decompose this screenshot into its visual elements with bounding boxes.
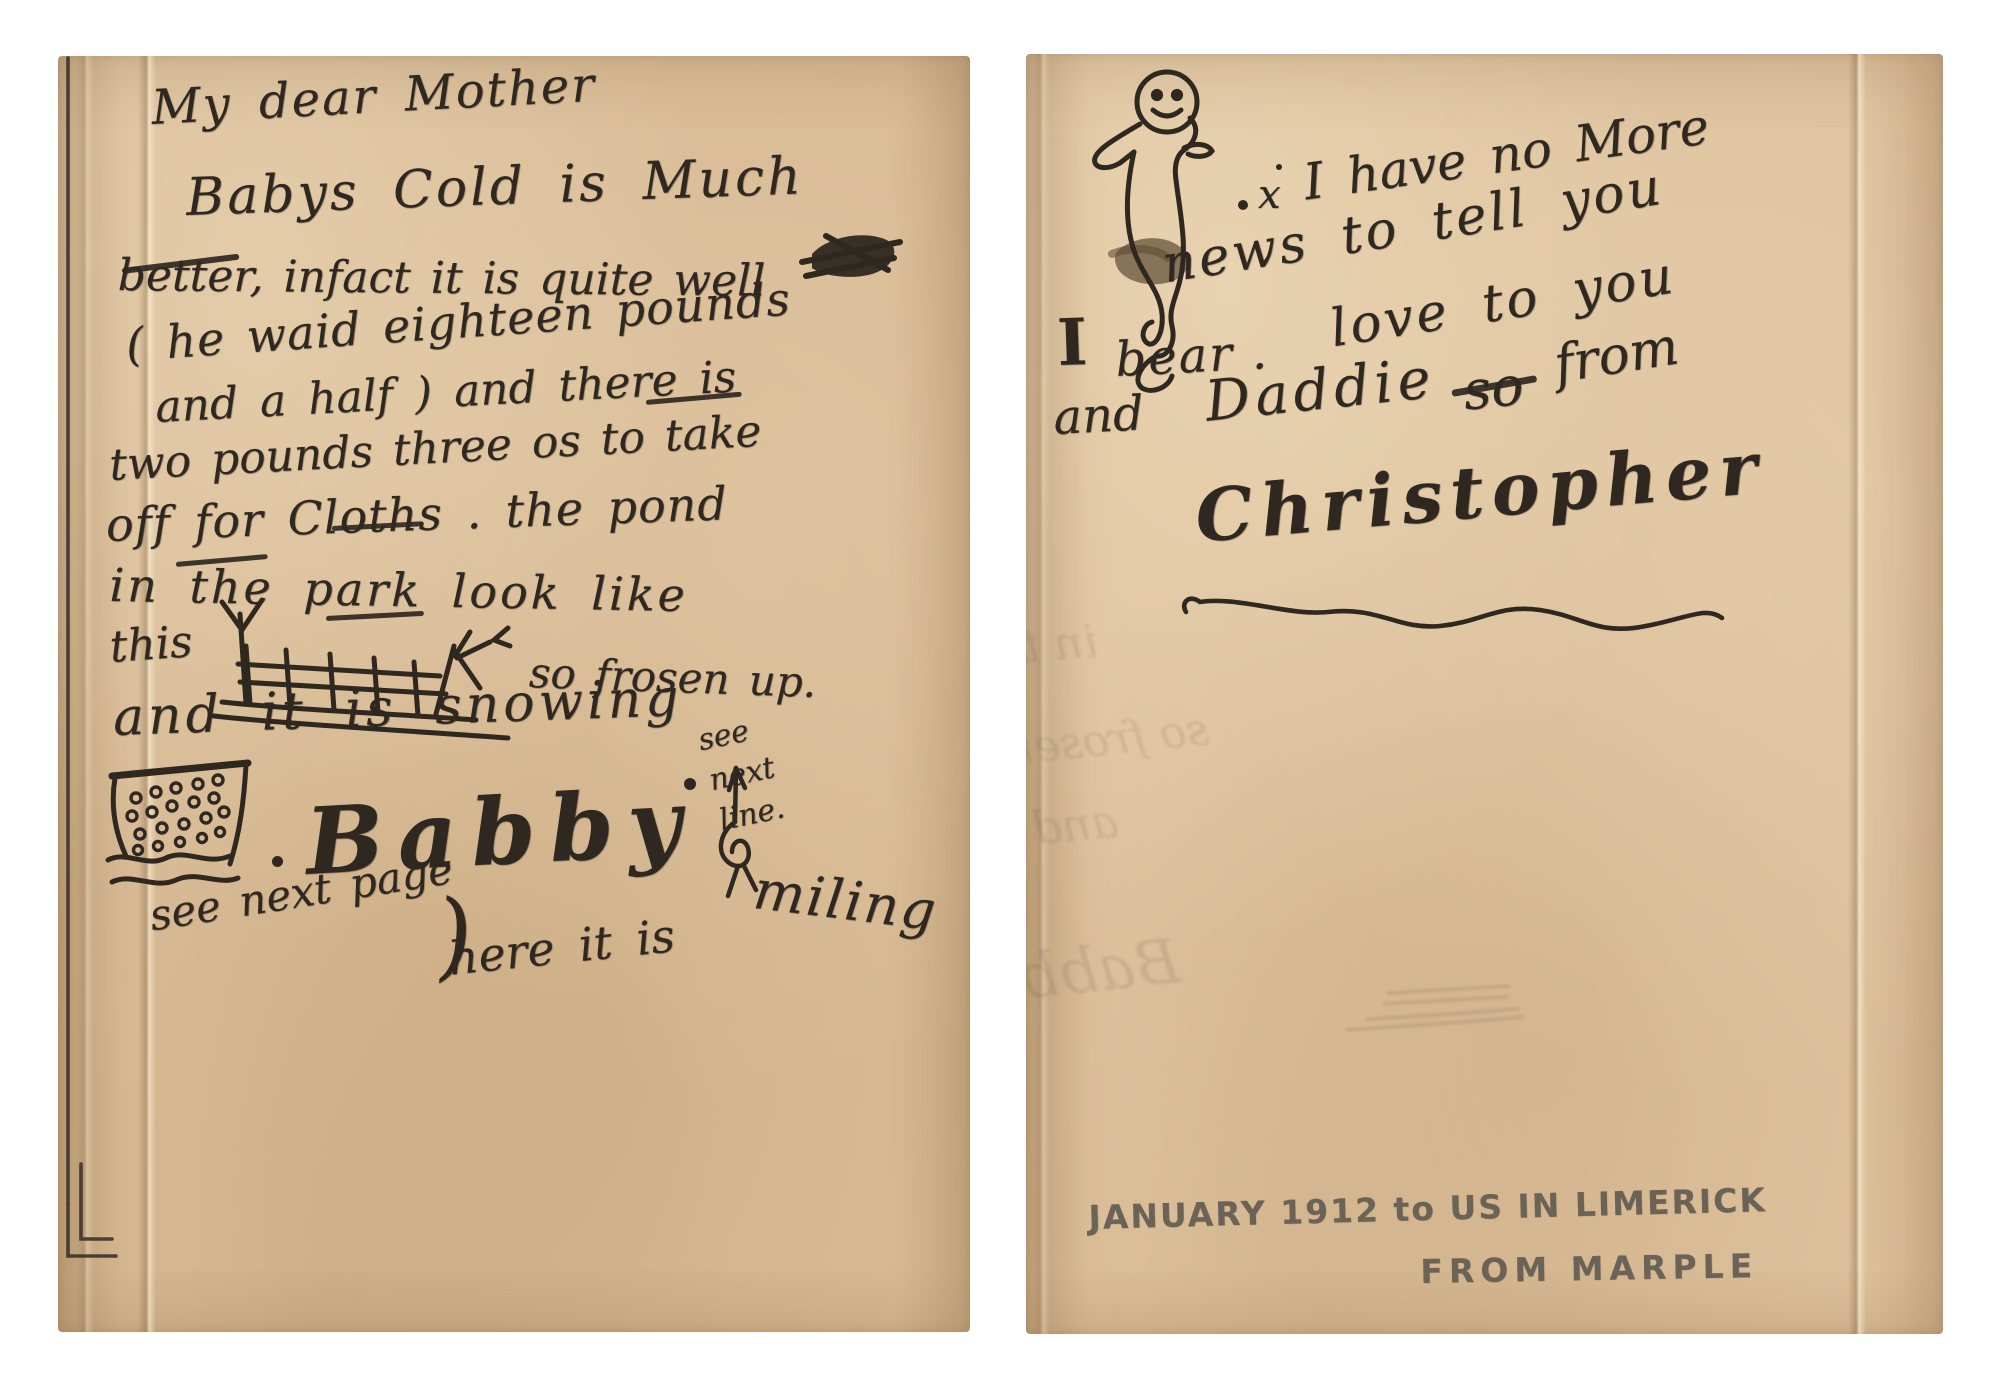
- ink-dot: [272, 856, 283, 867]
- bleed-through-text: Babby: [1026, 924, 1184, 1017]
- bleed-through-text: so frosen up.: [1026, 704, 1211, 785]
- left-page: My dear Mother Babys Cold is Much better…: [58, 56, 970, 1332]
- letter-line: and it is snowing: [112, 668, 683, 748]
- scribble-blot: [800, 222, 904, 296]
- marginal-note: see: [695, 713, 752, 758]
- letter-line: here it is: [446, 908, 677, 985]
- ink-dot: [1276, 164, 1282, 170]
- archival-caption-line2: FROM MARPLE: [1420, 1246, 1759, 1291]
- bleed-through-fence: [1336, 934, 1526, 1044]
- salutation: My dear Mother: [150, 57, 597, 136]
- snow-basket-sketch: [106, 756, 258, 896]
- signature: Christopher: [1192, 424, 1768, 558]
- letter-word-I: I: [1056, 305, 1089, 381]
- archival-caption-line1: JANUARY 1912 to US IN LIMERICK: [1088, 1180, 1767, 1237]
- letter-line: Babys Cold is Much: [185, 146, 805, 228]
- letter-line: and: [1052, 385, 1145, 446]
- letter-line: from: [1550, 316, 1683, 395]
- signature-flourish: [1178, 582, 1728, 652]
- letter-line: off for Cloths . the pond: [105, 476, 729, 552]
- letter-line: miling: [750, 858, 941, 943]
- letter-line: this: [108, 616, 194, 673]
- ink-dot: [1238, 200, 1248, 210]
- right-page: x I have no More news to tell you I bear…: [1026, 54, 1943, 1334]
- right-page-fold-crease: [1848, 54, 1866, 1334]
- inserted-x-mark: x: [1258, 172, 1281, 218]
- right-page-edge-crease: [1032, 54, 1050, 1334]
- letter-scan: My dear Mother Babys Cold is Much better…: [0, 0, 2000, 1390]
